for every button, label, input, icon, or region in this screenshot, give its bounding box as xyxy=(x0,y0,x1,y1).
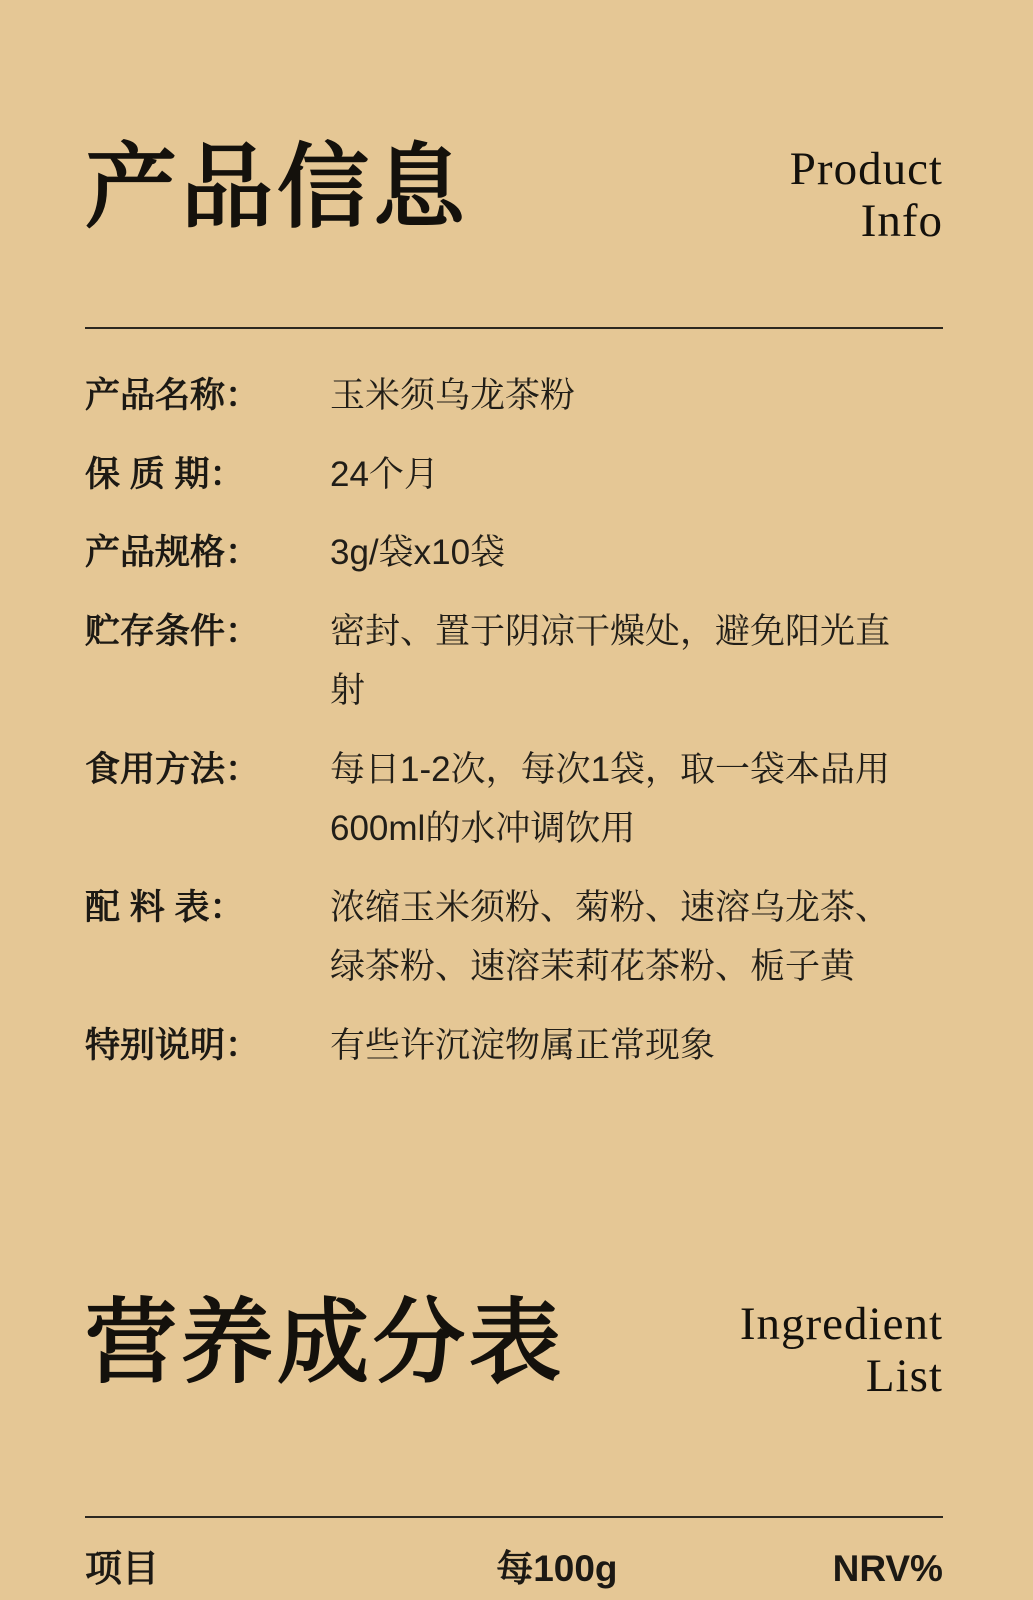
info-row-label: 食用方法： xyxy=(85,740,330,859)
info-row-ingredients: 配 料 表： 浓缩玉米须粉、菊粉、速溶乌龙茶、 绿茶粉、速溶茉莉花茶粉、栀子黄 xyxy=(85,878,943,997)
info-row-value: 24个月 xyxy=(330,445,943,505)
info-row-label: 产品名称： xyxy=(85,366,330,426)
info-row-label: 配 料 表： xyxy=(85,878,330,997)
nutrition-facts-header: 营养成分表 Ingredient List xyxy=(85,1297,943,1389)
info-row-label: 特别说明： xyxy=(85,1016,330,1076)
info-row-value: 每日1-2次，每次1袋，取一袋本品用 600ml的水冲调饮用 xyxy=(330,740,943,859)
info-row-value: 玉米须乌龙茶粉 xyxy=(330,366,943,426)
info-row-storage: 贮存条件： 密封、置于阴凉干燥处，避免阳光直 射 xyxy=(85,602,943,721)
info-row-product-name: 产品名称： 玉米须乌龙茶粉 xyxy=(85,366,943,426)
product-info-page: 产品信息 Product Info 产品名称： 玉米须乌龙茶粉 保 质 期： 2… xyxy=(0,0,1033,1600)
info-row-shelf-life: 保 质 期： 24个月 xyxy=(85,445,943,505)
info-row-value: 有些许沉淀物属正常现象 xyxy=(330,1016,943,1076)
info-row-label: 贮存条件： xyxy=(85,602,330,721)
info-row-label: 保 质 期： xyxy=(85,445,330,505)
info-row-special-note: 特别说明： 有些许沉淀物属正常现象 xyxy=(85,1016,943,1076)
info-row-specification: 产品规格： 3g/袋x10袋 xyxy=(85,523,943,583)
info-row-value: 密封、置于阴凉干燥处，避免阳光直 射 xyxy=(330,602,943,721)
nutrition-facts-title-en: Ingredient List xyxy=(740,1299,943,1402)
info-row-value: 3g/袋x10袋 xyxy=(330,523,943,583)
product-info-title-en: Product Info xyxy=(790,144,943,247)
divider xyxy=(85,327,943,329)
nutrition-table-header: 项目 每100g NRV% xyxy=(85,1543,943,1595)
nutrition-col-per-100g: 每100g xyxy=(428,1543,685,1595)
info-row-label: 产品规格： xyxy=(85,523,330,583)
nutrition-col-nrv: NRV% xyxy=(686,1543,943,1595)
divider xyxy=(85,1516,943,1518)
info-row-value: 浓缩玉米须粉、菊粉、速溶乌龙茶、 绿茶粉、速溶茉莉花茶粉、栀子黄 xyxy=(330,878,943,997)
info-row-usage: 食用方法： 每日1-2次，每次1袋，取一袋本品用 600ml的水冲调饮用 xyxy=(85,740,943,859)
product-info-header: 产品信息 Product Info xyxy=(85,142,943,234)
product-info-list: 产品名称： 玉米须乌龙茶粉 保 质 期： 24个月 产品规格： 3g/袋x10袋… xyxy=(85,366,943,1094)
nutrition-col-item: 项目 xyxy=(85,1543,428,1595)
